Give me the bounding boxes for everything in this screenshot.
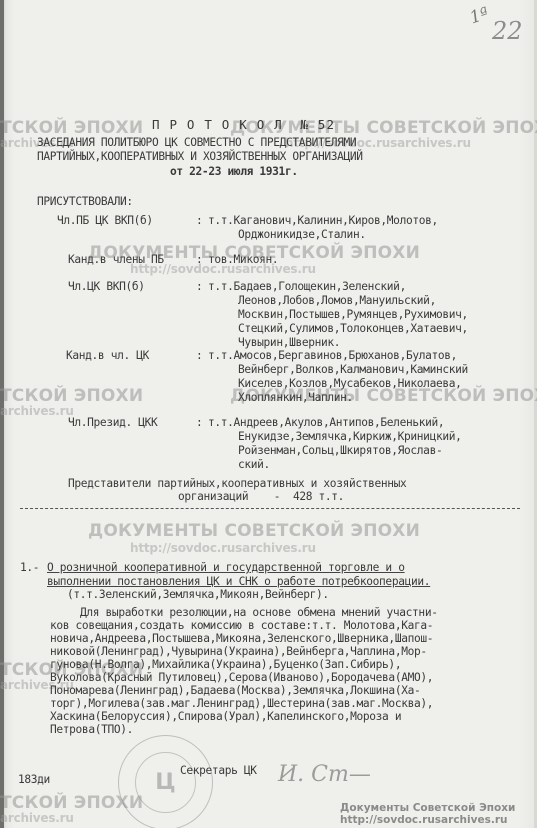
attendance-group-separator: : bbox=[196, 349, 202, 362]
agenda-item-title-line2: выполнении постановления ЦК и СНК о рабо… bbox=[47, 575, 430, 588]
watermark-url: http://sovdoc.rusarchives.ru bbox=[130, 541, 316, 555]
watermark-title-fragment: ТСКОЙ ЭПОХИ bbox=[0, 386, 143, 406]
protocol-title: П Р О Т О К О Л № 52 bbox=[152, 118, 335, 131]
handwritten-signature: И. Ст— bbox=[278, 762, 371, 787]
attendance-group-line: Москвин,Постышев,Румянцев,Рухимович, bbox=[238, 308, 468, 321]
attendance-group-separator: : bbox=[196, 280, 202, 293]
official-seal: Ц bbox=[118, 735, 213, 828]
representatives-line2: организаций - 428 т.т. bbox=[178, 490, 344, 503]
attendance-group-line: Леонов,Лобов,Ломов,Мануильский, bbox=[238, 294, 436, 307]
footer-watermark: Документы Советской Эпохи http://sovdoc.… bbox=[340, 802, 515, 826]
attendance-group-separator: : bbox=[196, 416, 202, 429]
attendance-group-label: Чл.ЦК ВКП(б) bbox=[68, 280, 145, 293]
attendance-group-line: Киселев,Козлов,Мусабеков,Николаева, bbox=[238, 377, 462, 390]
agenda-item-title-line1: О розничной кооперативной и государствен… bbox=[47, 561, 405, 574]
representatives-line1: Представители партийных,кооперативных и … bbox=[68, 477, 406, 490]
document-page: 1ª 22 ТСКОЙ ЭПОХИ ДОКУМЕНТЫ СОВЕТСКОЙ ЭП… bbox=[0, 0, 537, 828]
resolution-line: Для выработки резолюции,на основе обмена… bbox=[80, 606, 438, 619]
attendance-group-separator: : bbox=[196, 253, 202, 266]
watermark-title: ДОКУМЕНТЫ СОВЕТСКОЙ ЭПОХИ bbox=[88, 521, 420, 541]
watermark-url-fragment: archives.ru bbox=[0, 404, 74, 418]
attendance-group-label: Канд.в члены ПБ bbox=[68, 253, 164, 266]
attendance-heading: ПРИСУТСТВОВАЛИ: bbox=[37, 195, 133, 208]
signatory-title: Секретарь ЦК bbox=[180, 764, 257, 777]
attendance-group-line: Орджоникидзе,Сталин. bbox=[238, 228, 366, 241]
resolution-line: ков совещания,создать комиссию в составе… bbox=[50, 619, 433, 632]
footer-watermark-title: Документы Советской Эпохи bbox=[340, 802, 515, 814]
attendance-group-line: т.т.Андреев,Акулов,Антипов,Беленький, bbox=[208, 416, 444, 429]
watermark-title-fragment: ТСКОЙ ЭПОХИ bbox=[0, 118, 143, 138]
resolution-line: новича,Андреева,Постышева,Микояна,Зеленс… bbox=[50, 632, 433, 645]
resolution-line: никовой(Ленинград),Чувырина(Украина),Вей… bbox=[50, 645, 427, 658]
protocol-date: от 22-23 июля 1931г. bbox=[170, 165, 298, 178]
registry-mark: 183ди bbox=[18, 773, 50, 786]
resolution-line: Петрова(ТПО). bbox=[50, 723, 133, 736]
section-divider bbox=[20, 508, 520, 509]
resolution-line: Пономарева(Ленинград),Бадаева(Москва),Зе… bbox=[50, 684, 420, 697]
agenda-item-speakers: (т.т.Зеленский,Землячка,Микоян,Вейнберг)… bbox=[67, 588, 329, 601]
footer-watermark-url: http://sovdoc.rusarchives.ru bbox=[340, 814, 507, 826]
protocol-subtitle-line2: ПАРТИЙНЫХ,КООПЕРАТИВНЫХ И ХОЗЯЙСТВЕННЫХ … bbox=[37, 150, 363, 163]
handwritten-page-number: 1ª bbox=[467, 4, 491, 29]
watermark-url-fragment: archives.ru bbox=[0, 811, 74, 825]
attendance-group-line: Ройзенман,Сольц,Шкирятов,Яослав- bbox=[238, 444, 442, 457]
agenda-item-number: 1.- bbox=[20, 561, 39, 574]
attendance-group-line: Стецкий,Сулимов,Толоконцев,Хатаевич, bbox=[238, 322, 468, 335]
seal-emblem-icon: Ц bbox=[135, 752, 196, 813]
attendance-group-line: ский. bbox=[238, 458, 270, 471]
resolution-line: гунова(Н.Волга),Михайлика(Украина),Буцен… bbox=[50, 658, 401, 671]
attendance-group-label: Чл.ПБ ЦК ВКП(б) bbox=[57, 214, 153, 227]
resolution-line: Хаскина(Белоруссия),Спирова(Урал),Капели… bbox=[50, 710, 401, 723]
resolution-line: Вуколова(Красный Путиловец),Серова(Ивано… bbox=[50, 671, 433, 684]
attendance-group-line: Енукидзе,Землячка,Киркиж,Криницкий, bbox=[238, 430, 462, 443]
attendance-group-label: Чл.Презид. ЦКК bbox=[68, 416, 157, 429]
protocol-subtitle-line1: ЗАСЕДАНИЯ ПОЛИТБЮРО ЦК СОВМЕСТНО С ПРЕДС… bbox=[37, 136, 356, 149]
attendance-group-line: Вейнберг,Волков,Калманович,Каминский bbox=[238, 363, 468, 376]
handwritten-folio-number: 22 bbox=[492, 17, 523, 45]
attendance-group-separator: : bbox=[196, 214, 202, 227]
attendance-group-line: т.т.Бадаев,Голощекин,Зеленский, bbox=[208, 280, 406, 293]
attendance-group-line: т.т.Амосов,Бергавинов,Брюханов,Булатов, bbox=[208, 349, 457, 362]
attendance-group-line: Хлоплянкин,Чаплин. bbox=[238, 391, 353, 404]
attendance-group-label: Канд.в чл. ЦК bbox=[66, 349, 149, 362]
attendance-group-line: т.т.Каганович,Калинин,Киров,Молотов, bbox=[208, 214, 438, 227]
resolution-line: торг),Могилева(зав.маг.Ленинград),Шестер… bbox=[50, 697, 433, 710]
attendance-group-line: тов.Микоян. bbox=[208, 253, 278, 266]
attendance-group-line: Чувырин,Шверник. bbox=[238, 336, 340, 349]
